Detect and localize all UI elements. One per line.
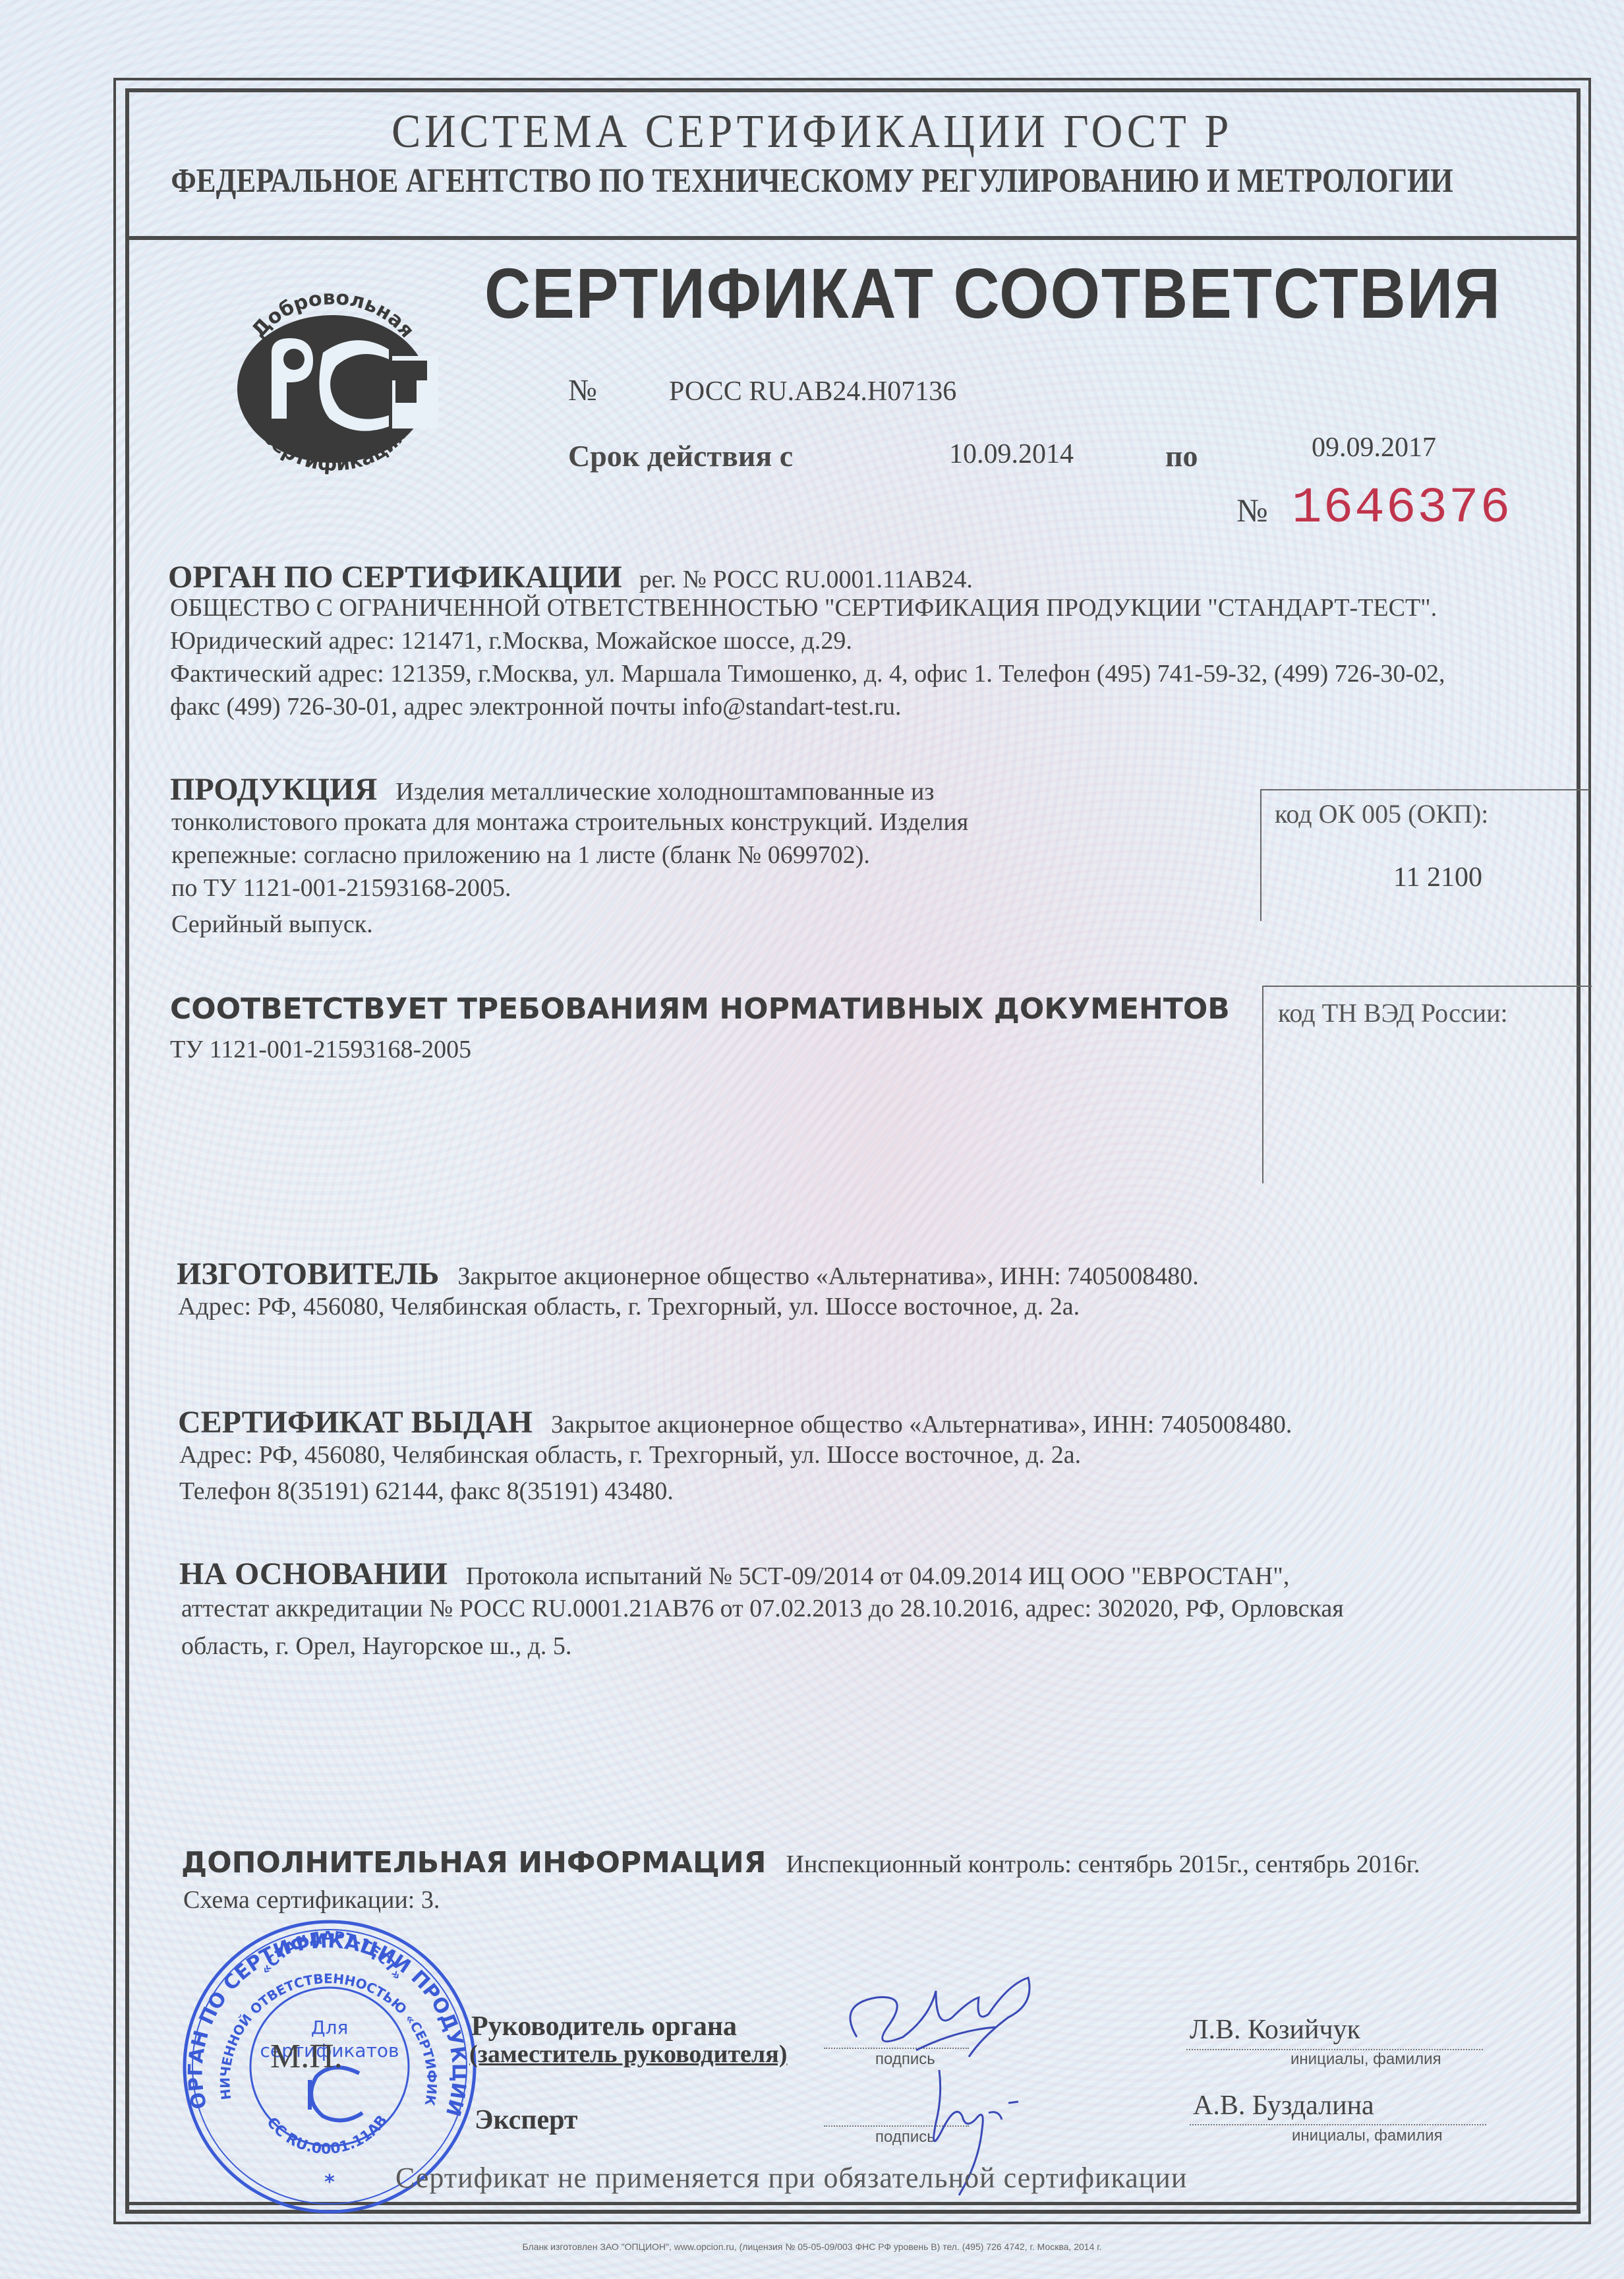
expert-name: А.В. Буздалина [1193, 2090, 1374, 2121]
certification-body-section: ОРГАН ПО СЕРТИФИКАЦИИ рег. № РОСС RU.000… [168, 559, 973, 595]
printer-note: Бланк изготовлен ЗАО "ОПЦИОН", www.opcio… [0, 2241, 1624, 2252]
expert-name-line [1190, 2124, 1486, 2125]
issued-to-heading: СЕРТИФИКАТ ВЫДАН [178, 1405, 533, 1440]
certification-body-heading: ОРГАН ПО СЕРТИФИКАЦИИ [168, 560, 622, 595]
expert-title: Эксперт [475, 2104, 578, 2136]
product-line: Серийный выпуск. [171, 910, 373, 939]
okp-code-label: код ОК 005 (ОКП): [1275, 798, 1488, 829]
manufacturer-heading: ИЗГОТОВИТЕЛЬ [177, 1257, 439, 1291]
additional-info-line: Инспекционный контроль: сентябрь 2015г.,… [786, 1850, 1420, 1878]
certification-body-line: факс (499) 726-30-01, адрес электронной … [170, 692, 902, 721]
product-line: крепежные: согласно приложению на 1 лист… [171, 841, 870, 870]
head-name-caption: инициалы, фамилия [1290, 2050, 1441, 2069]
valid-to-date: 09.09.2017 [1312, 432, 1436, 463]
validity-label: Срок действия с [568, 438, 793, 473]
head-handwritten-signature [837, 1965, 1140, 2070]
okp-code-box: код ОК 005 (ОКП): 11 2100 [1260, 789, 1590, 921]
manufacturer-section: ИЗГОТОВИТЕЛЬ Закрытое акционерное общест… [177, 1256, 1199, 1292]
compliance-heading: СООТВЕТСТВУЕТ ТРЕБОВАНИЯМ НОРМАТИВНЫХ ДО… [170, 992, 1230, 1026]
stamp-place-label: М.П. [270, 2037, 343, 2076]
document-title: СЕРТИФИКАТ СООТВЕТСТВИЯ [484, 252, 1501, 334]
svg-text:Для: Для [311, 2017, 349, 2038]
basis-line: Протокола испытаний № 5СТ-09/2014 от 04.… [466, 1562, 1289, 1590]
head-title: Руководитель органа [471, 2011, 737, 2042]
pct-voluntary-certification-logo: Добровольная сертификация [224, 280, 442, 485]
additional-info-section: ДОПОЛНИТЕЛЬНАЯ ИНФОРМАЦИЯ Инспекционный … [181, 1846, 1420, 1879]
expert-name-caption: инициалы, фамилия [1292, 2127, 1443, 2145]
basis-heading: НА ОСНОВАНИИ [179, 1556, 448, 1591]
product-line: тонколистового проката для монтажа строи… [171, 808, 968, 837]
head-subtitle: (заместитель руководителя) [469, 2040, 787, 2069]
issued-to-line: Закрытое акционерное общество «Альтернат… [551, 1411, 1292, 1438]
okp-code-value: 11 2100 [1393, 862, 1482, 893]
manufacturer-line: Закрытое акционерное общество «Альтернат… [457, 1262, 1198, 1290]
blank-number-label: № [1236, 491, 1268, 529]
pct-mark-icon: Добровольная сертификация [224, 280, 442, 485]
product-section: ПРОДУКЦИЯ Изделия металлические холоднош… [170, 771, 934, 808]
certification-body-line: Юридический адрес: 121471, г.Москва, Мож… [170, 626, 852, 655]
issued-to-section: СЕРТИФИКАТ ВЫДАН Закрытое акционерное об… [178, 1404, 1292, 1440]
voluntary-notice: Сертификат не применяется при обязательн… [395, 2161, 1187, 2195]
head-name: Л.В. Козийчук [1190, 2014, 1360, 2046]
certificate-number-label: № [568, 372, 597, 407]
valid-to-label: по [1165, 438, 1198, 473]
issued-to-line: Адрес: РФ, 456080, Челябинская область, … [179, 1440, 1081, 1469]
compliance-document: ТУ 1121-001-21593168-2005 [170, 1035, 471, 1064]
agency-name: ФЕДЕРАЛЬНОЕ АГЕНТСТВО ПО ТЕХНИЧЕСКОМУ РЕ… [113, 162, 1510, 200]
valid-from-date: 10.09.2014 [949, 438, 1074, 470]
certification-body-reg: рег. № РОСС RU.0001.11АВ24. [639, 566, 973, 593]
certificate-number: РОСС RU.АВ24.Н07136 [669, 376, 956, 407]
header-divider [125, 236, 1580, 240]
manufacturer-address: Адрес: РФ, 456080, Челябинская область, … [178, 1292, 1080, 1321]
svg-text:*: * [324, 2171, 335, 2194]
basis-line: аттестат аккредитации № РОСС RU.0001.21А… [181, 1594, 1344, 1623]
certification-body-line: ОБЩЕСТВО С ОГРАНИЧЕННОЙ ОТВЕТСТВЕННОСТЬЮ… [170, 593, 1437, 622]
issued-to-line: Телефон 8(35191) 62144, факс 8(35191) 43… [179, 1477, 674, 1506]
certification-body-line: Фактический адрес: 121359, г.Москва, ул.… [170, 659, 1445, 688]
tnved-code-box: код ТН ВЭД России: [1262, 986, 1592, 1183]
basis-section: НА ОСНОВАНИИ Протокола испытаний № 5СТ-0… [179, 1556, 1289, 1592]
product-line: Изделия металлические холодноштампованны… [395, 778, 934, 806]
additional-info-heading: ДОПОЛНИТЕЛЬНАЯ ИНФОРМАЦИЯ [181, 1846, 767, 1879]
product-heading: ПРОДУКЦИЯ [170, 772, 377, 807]
tnved-code-label: код ТН ВЭД России: [1278, 997, 1508, 1028]
basis-line: область, г. Орел, Наугорское ш., д. 5. [181, 1632, 571, 1661]
blank-serial-number: 1646376 [1292, 480, 1511, 537]
certification-scheme: Схема сертификации: 3. [183, 1885, 440, 1914]
product-line: по ТУ 1121-001-21593168-2005. [171, 873, 511, 903]
system-title: СИСТЕМА СЕРТИФИКАЦИИ ГОСТ Р [65, 104, 1559, 159]
